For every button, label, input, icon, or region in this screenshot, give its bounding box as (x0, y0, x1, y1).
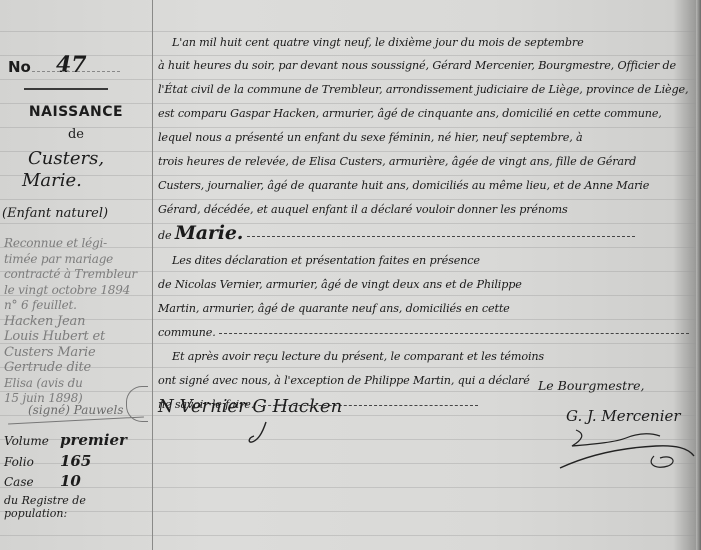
annotation-line: le vingt octobre 1894 (4, 283, 146, 299)
mayor-title: Le Bourgmestre, (538, 378, 644, 393)
page-edge-shadow (696, 0, 701, 550)
child-name-line: de Marie. (158, 222, 635, 244)
annotation-line: n° 6 feuillet. (4, 298, 146, 314)
margin-divider (152, 0, 153, 550)
annotation-line: Elisa (avis du (4, 376, 146, 392)
body-line: est comparu Gaspar Hacken, armurier, âgé… (158, 107, 662, 120)
annotation-signature: (signé) Pauwels (28, 403, 123, 417)
annotation-line: contracté à Trembleur (4, 267, 146, 283)
margin-column: No 47 NAISSANCE de Custers, Marie. (Enfa… (0, 0, 152, 550)
body-line: lequel nous a présenté un enfant du sexe… (158, 131, 583, 144)
record-number-value: 47 (56, 52, 87, 78)
body-line: Gérard, décédée, et auquel enfant il a d… (158, 203, 568, 216)
register-case-label: Case (4, 475, 34, 489)
register-volume: Volume premier (4, 434, 49, 448)
body-line: Martin, armurier, âgé de quarante neuf a… (158, 302, 510, 315)
mayor-flourish-icon (556, 426, 696, 470)
body-line: Les dites déclaration et présentation fa… (172, 254, 480, 267)
annotation-line: Gertrude dite (4, 360, 146, 376)
signature-flourish-icon (244, 420, 284, 446)
body-line: trois heures de relevée, de Elisa Custer… (158, 155, 636, 168)
register-volume-label: Volume (4, 434, 49, 448)
body-line: de Nicolas Vernier, armurier, âgé de vin… (158, 278, 522, 291)
legitimacy-status: (Enfant naturel) (2, 206, 108, 221)
body-line: Custers, journalier, âgé de quarante hui… (158, 179, 649, 192)
witness-signatures: N Vernier G Hacken (158, 396, 342, 417)
child-name: Marie. (175, 222, 243, 244)
scanned-page: No 47 NAISSANCE de Custers, Marie. (Enfa… (0, 0, 701, 550)
annotation-rule (8, 416, 144, 424)
mayor-signature: G. J. Mercenier (566, 407, 681, 425)
annotation-line: Hacken Jean (4, 314, 146, 330)
commune-line: commune. (158, 326, 689, 339)
body-line: à huit heures du soir, par devant nous s… (158, 59, 676, 72)
dash-fill (219, 333, 689, 334)
body-line: L'an mil huit cent quatre vingt neuf, le… (172, 36, 584, 49)
register-folio-label: Folio (4, 455, 34, 469)
number-dotted-line (32, 71, 120, 72)
annotation-line: Reconnue et légi- (4, 236, 146, 252)
register-volume-value: premier (60, 431, 127, 449)
body-line: commune. (158, 326, 216, 339)
body-line: ont signé avec nous, à l'exception de Ph… (158, 374, 530, 387)
child-surname: Custers, (28, 148, 104, 169)
body-line: l'État civil de la commune de Trembleur,… (158, 83, 688, 96)
register-case-value: 10 (60, 472, 81, 490)
body-line: Et après avoir reçu lecture du présent, … (172, 350, 544, 363)
annotation-line: Louis Hubert et (4, 329, 146, 345)
annotation-line: timée par mariage (4, 252, 146, 268)
register-folio: Folio 165 (4, 455, 34, 469)
record-number-label: No (8, 58, 31, 76)
body-line: de (158, 229, 171, 242)
number-underline (24, 88, 108, 90)
register-folio-value: 165 (60, 452, 91, 470)
dash-fill (247, 236, 635, 237)
population-register-label: du Registre de population: (4, 494, 152, 520)
record-type-heading: NAISSANCE (0, 104, 152, 120)
annotation-line: Custers Marie (4, 345, 146, 361)
record-number: No 47 (8, 52, 120, 86)
register-case: Case 10 (4, 475, 34, 489)
marginal-annotation: Reconnue et légi- timée par mariage cont… (4, 236, 146, 407)
heading-preposition: de (0, 127, 152, 142)
child-given-name: Marie. (22, 170, 82, 191)
